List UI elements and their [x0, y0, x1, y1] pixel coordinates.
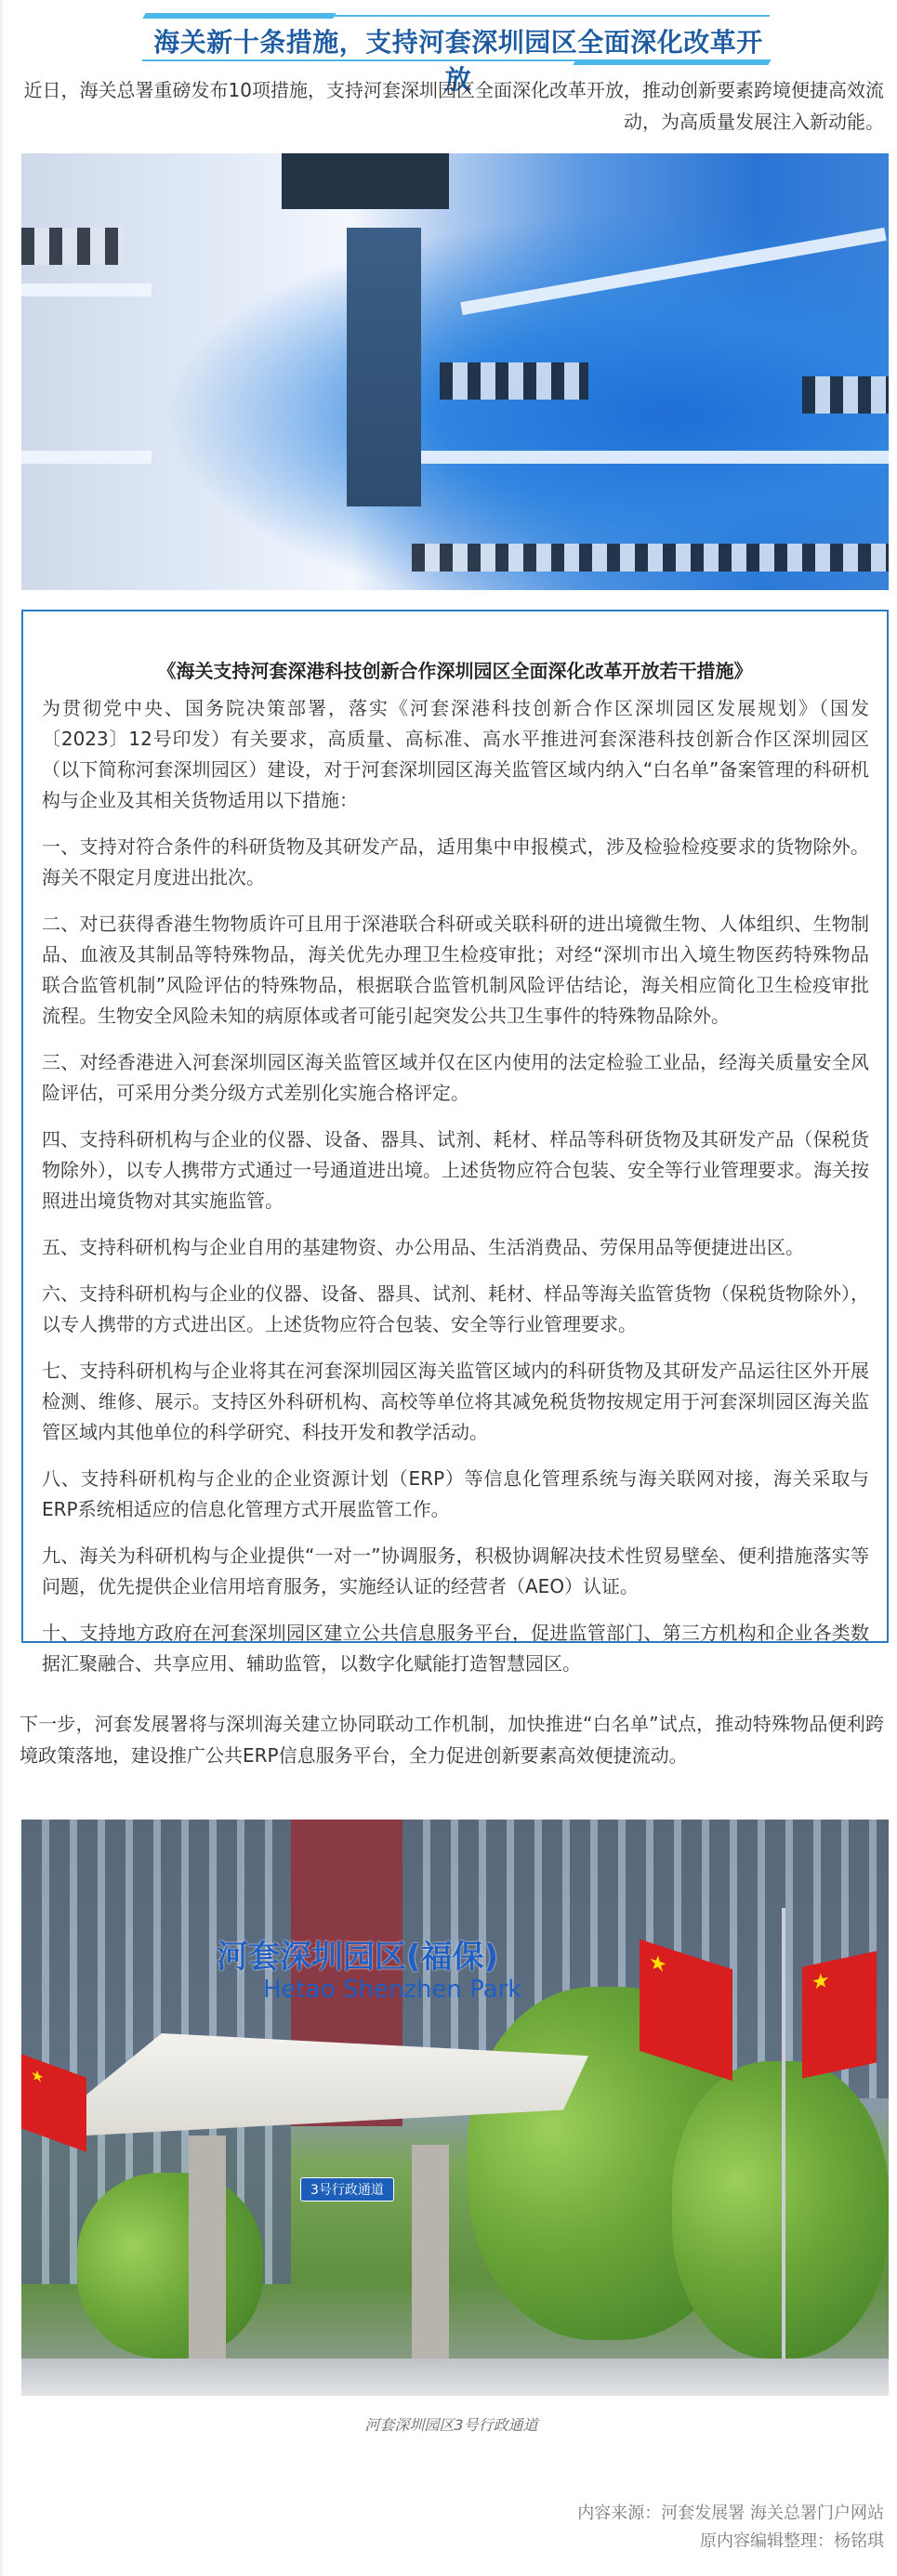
star-icon: ★ [31, 2065, 44, 2087]
star-icon: ★ [649, 1950, 667, 1978]
tree-shape [77, 2173, 263, 2359]
measure-item-3: 三、对经香港进入河套深圳园区海关监管区域并仅在区内使用的法定检验工业品，经海关质… [42, 1047, 869, 1109]
measure-item-4: 四、支持科研机构与企业的仪器、设备、器具、试剂、耗材、样品等科研货物及其研发产品… [42, 1124, 869, 1216]
measures-box: 《海关支持河套深港科技创新合作深圳园区全面深化改革开放若干措施》 为贯彻党中央、… [21, 610, 889, 1643]
star-icon: ★ [811, 1968, 830, 1995]
title-decoration-bar-bottom [573, 59, 771, 65]
shelf-shape [460, 228, 886, 315]
tree-shape [672, 2061, 889, 2359]
park-sign-en: Hetao Shenzhen Park [263, 1976, 521, 2004]
intro-paragraph: 近日，海关总署重磅发布10项措施，支持河套深圳园区全面深化改革开放，推动创新要素… [20, 74, 884, 138]
measure-item-1: 一、支持对符合条件的科研货物及其研发产品，适用集中申报模式，涉及检验检疫要求的货… [42, 832, 869, 893]
shelf-shape [21, 451, 152, 464]
measure-item-6: 六、支持科研机构与企业的仪器、设备、器具、试剂、耗材、样品等海关监管货物（保税货… [42, 1279, 869, 1340]
lane-sign: 3号行政通道 [300, 2177, 394, 2201]
measures-body: 为贯彻党中央、国务院决策部署，落实《河套深港科技创新合作区深圳园区发展规划》（国… [42, 693, 869, 1695]
pillar-shape [412, 2145, 449, 2359]
measure-item-5: 五、支持科研机构与企业自用的基建物资、办公用品、生活消费品、劳保用品等便捷进出区… [42, 1232, 869, 1263]
flag-icon: ★ [802, 1951, 877, 2078]
robot-arm-head [282, 153, 449, 209]
measure-item-2: 二、对已获得香港生物物质许可且用于深港联合科研或关联科研的进出境微生物、人体组织… [42, 909, 869, 1032]
park-entrance-image: 河套深圳园区(福保) Hetao Shenzhen Park 3号行政通道 ★ … [21, 1820, 889, 2396]
title-decoration-line-bottom [142, 59, 616, 61]
vial-row [802, 376, 889, 414]
shelf-shape [412, 451, 889, 464]
credits-block: 内容来源：河套发展署 海关总署门户网站 原内容编辑整理：杨铭琪 [577, 2500, 884, 2556]
measure-item-9: 九、海关为科研机构与企业提供“一对一”协调服务，积极协调解决技术性贸易壁垒、便利… [42, 1541, 869, 1602]
robot-arm [347, 228, 421, 506]
next-step-paragraph: 下一步，河套发展署将与深圳海关建立协同联动工作机制，加快推进“白名单”试点，推动… [20, 1708, 884, 1771]
vial-row [21, 228, 124, 265]
content-source: 内容来源：河套发展署 海关总署门户网站 [577, 2500, 884, 2528]
vial-row [440, 362, 588, 400]
measure-item-10: 十、支持地方政府在河套深圳园区建立公共信息服务平台，促进监管部门、第三方机构和企… [42, 1618, 869, 1679]
title-decoration-bar-top [142, 13, 336, 19]
editor-credit: 原内容编辑整理：杨铭琪 [577, 2528, 884, 2556]
pillar-shape [189, 2136, 226, 2359]
title-decoration-line-top [333, 15, 770, 17]
shelf-shape [21, 283, 152, 296]
road-shape [21, 2359, 889, 2396]
lab-automation-image [21, 153, 889, 590]
measure-item-7: 七、支持科研机构与企业将其在河套深圳园区海关监管区域内的科研货物及其研发产品运往… [42, 1356, 869, 1448]
vial-row [412, 544, 889, 572]
measure-item-8: 八、支持科研机构与企业的企业资源计划（ERP）等信息化管理系统与海关联网对接，海… [42, 1464, 869, 1525]
park-sign-cn: 河套深圳园区(福保) [217, 1931, 498, 1977]
article-title-block: 海关新十条措施，支持河套深圳园区全面深化改革开放 [142, 11, 774, 67]
lamp-pole [782, 1908, 785, 2391]
image-caption: 河套深圳园区3号行政通道 [3, 2413, 897, 2435]
measures-preamble: 为贯彻党中央、国务院决策部署，落实《河套深港科技创新合作区深圳园区发展规划》（国… [42, 693, 869, 816]
measures-title: 《海关支持河套深港科技创新合作深圳园区全面深化改革开放若干措施》 [23, 656, 887, 683]
